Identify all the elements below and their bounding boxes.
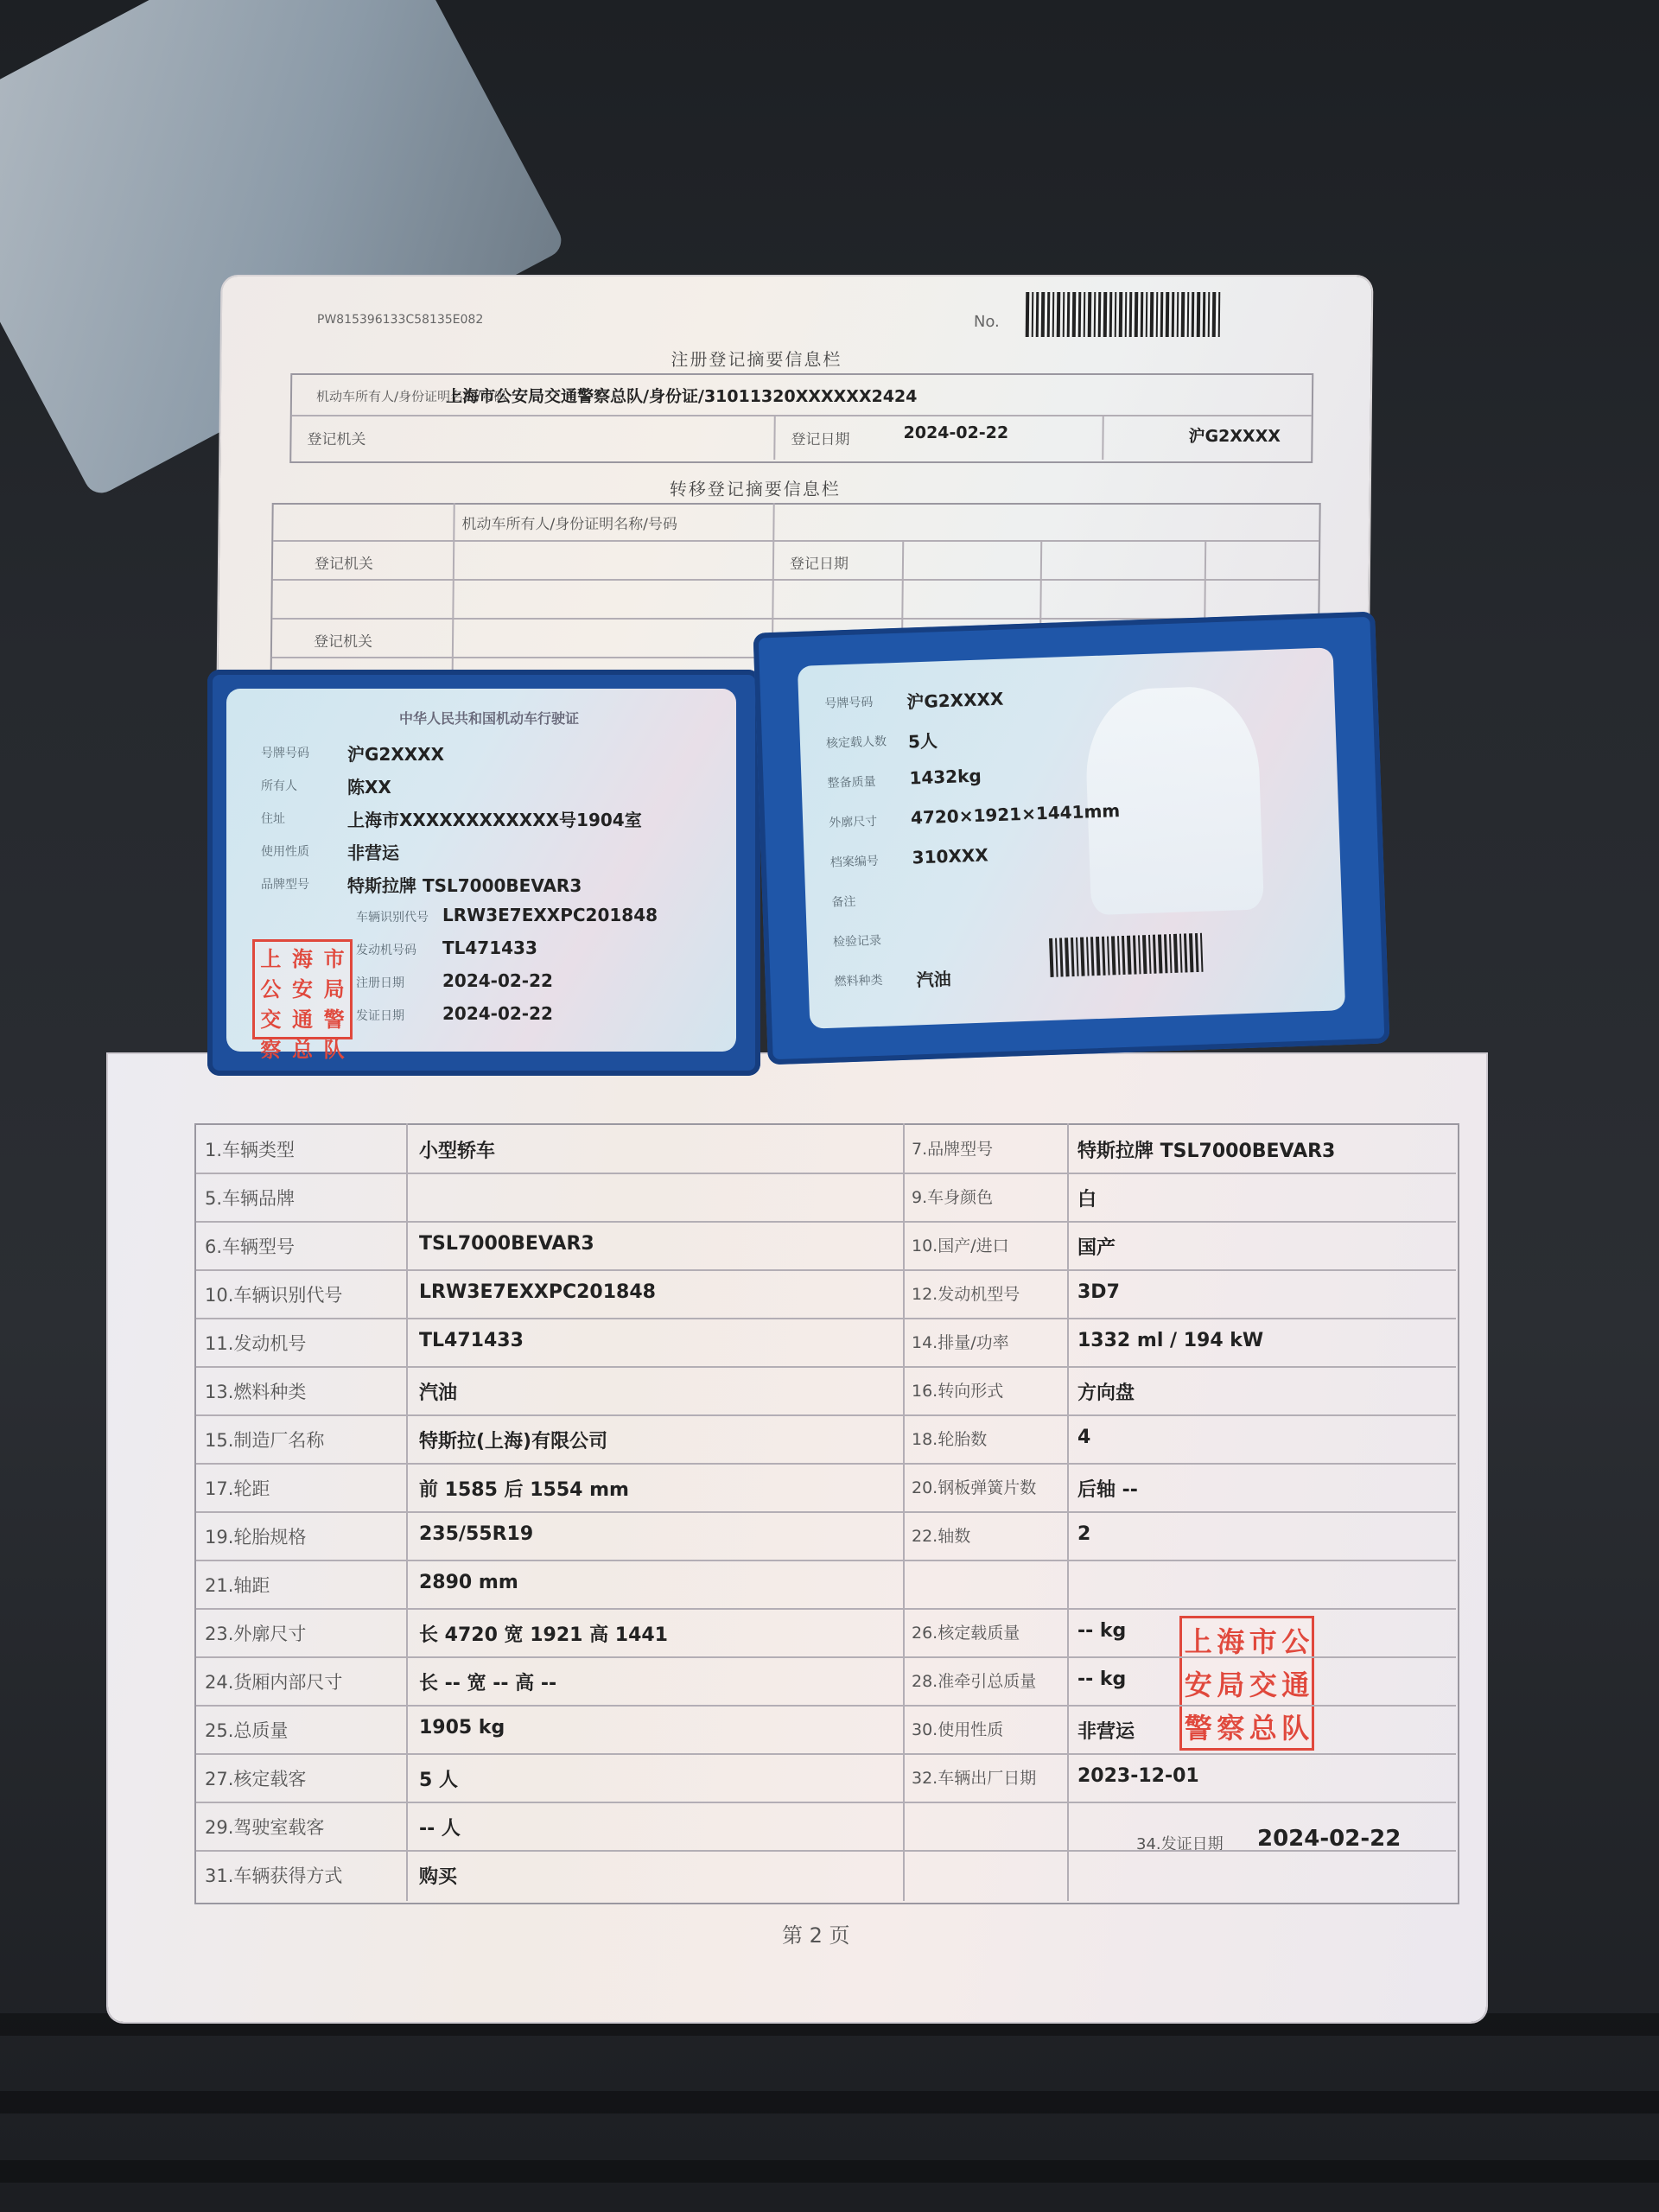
card-field-value: 沪G2XXXX <box>906 685 1004 714</box>
field-value: 长 4720 宽 1921 高 1441 <box>419 1620 668 1647</box>
field-value: 2023-12-01 <box>1077 1765 1199 1787</box>
field-label: 29.驾驶室载客 <box>205 1814 324 1840</box>
field-value: 特斯拉牌 TSL7000BEVAR3 <box>1077 1136 1335 1163</box>
field-label: 9.车身颜色 <box>912 1185 993 1208</box>
card-field-value: 特斯拉牌 TSL7000BEVAR3 <box>347 872 582 897</box>
card-field-label: 号牌号码 <box>261 744 309 761</box>
card-field-label: 检验记录 <box>833 931 882 950</box>
field-label: 16.转向形式 <box>912 1378 1003 1402</box>
license-wallet: 中华人民共和国机动车行驶证 上海市公安局交通警察总队 号牌号码沪G2XXXX所有… <box>207 622 1382 1080</box>
wallet-right-sleeve: 号牌号码沪G2XXXX核定载人数5人整备质量1432kg外廓尺寸4720×192… <box>753 612 1389 1065</box>
card-field-value: LRW3E7EXXPC201848 <box>442 905 658 925</box>
card-field-label: 注册日期 <box>356 974 404 991</box>
issuing-authority-seal: 上海市公安局交通警察总队 <box>1179 1616 1314 1751</box>
card-field-label: 使用性质 <box>261 842 309 860</box>
card-field-label: 号牌号码 <box>824 693 874 712</box>
field-value: 特斯拉(上海)有限公司 <box>419 1427 607 1453</box>
field-label: 7.品牌型号 <box>912 1136 993 1160</box>
card-field-value: 上海市XXXXXXXXXXXX号1904室 <box>347 806 642 831</box>
card-field-label: 整备质量 <box>827 772 876 791</box>
field-value: 后轴 -- <box>1077 1475 1138 1502</box>
vehicle-info-table <box>194 1123 1459 1904</box>
card-field-label: 燃料种类 <box>834 971 883 990</box>
field-value: 1332 ml / 194 kW <box>1077 1330 1263 1351</box>
field-label: 13.燃料种类 <box>205 1378 306 1404</box>
registration-date: 2024-02-22 <box>903 423 1008 442</box>
registration-page-bottom: 上海市公安局交通警察总队 34.发证日期 2024-02-22 第 2 页 1.… <box>108 1054 1486 2022</box>
field-label: 23.外廓尺寸 <box>205 1620 306 1646</box>
license-card-front: 中华人民共和国机动车行驶证 上海市公安局交通警察总队 号牌号码沪G2XXXX所有… <box>226 689 736 1052</box>
card-field-label: 车辆识别代号 <box>356 908 429 925</box>
field-label: 22.轴数 <box>912 1523 970 1547</box>
field-value: 前 1585 后 1554 mm <box>419 1475 629 1502</box>
field-label: 10.国产/进口 <box>912 1233 1009 1256</box>
field-value: LRW3E7EXXPC201848 <box>419 1281 656 1303</box>
card-barcode <box>1049 933 1203 977</box>
seat-stitch <box>0 2091 1659 2113</box>
issue-date: 2024-02-22 <box>1257 1826 1401 1852</box>
field-value: 小型轿车 <box>419 1136 495 1163</box>
card-field-value: 沪G2XXXX <box>347 741 444 766</box>
card-field-value: TL471433 <box>442 938 537 958</box>
card-field-label: 品牌型号 <box>261 875 309 893</box>
field-label: 32.车辆出厂日期 <box>912 1765 1036 1789</box>
field-value: 5 人 <box>419 1765 458 1792</box>
card-field-value: 陈XX <box>347 773 391 798</box>
no-label: No. <box>974 313 1000 331</box>
field-value: 购买 <box>419 1862 457 1889</box>
field-value: -- kg <box>1077 1620 1126 1642</box>
card-field-label: 备注 <box>831 893 856 911</box>
owner-value: 上海市公安局交通警察总队/身份证/31011320XXXXXX2424 <box>446 384 918 407</box>
card-field-label: 档案编号 <box>829 852 879 871</box>
card-field-label: 发动机号码 <box>356 941 416 958</box>
field-value: 方向盘 <box>1077 1378 1135 1405</box>
field-label: 1.车辆类型 <box>205 1136 295 1162</box>
field-value: 2 <box>1077 1523 1090 1545</box>
card-field-value: 2024-02-22 <box>442 970 553 991</box>
license-card-back: 号牌号码沪G2XXXX核定载人数5人整备质量1432kg外廓尺寸4720×192… <box>798 647 1345 1028</box>
card-field-value: 2024-02-22 <box>442 1003 553 1024</box>
wallet-left-sleeve: 中华人民共和国机动车行驶证 上海市公安局交通警察总队 号牌号码沪G2XXXX所有… <box>207 670 760 1076</box>
field-value: 白 <box>1077 1185 1096 1211</box>
field-value: TSL7000BEVAR3 <box>419 1233 594 1255</box>
field-value: -- 人 <box>419 1814 461 1840</box>
card-field-value: 310XXX <box>912 844 988 868</box>
license-seal: 上海市公安局交通警察总队 <box>252 939 353 1039</box>
field-label: 21.轴距 <box>205 1572 270 1598</box>
field-value: 国产 <box>1077 1233 1116 1260</box>
card-field-label: 核定载人数 <box>826 732 887 751</box>
card-field-value: 汽油 <box>916 965 951 991</box>
field-label: 17.轮距 <box>205 1475 270 1501</box>
field-label: 20.钢板弹簧片数 <box>912 1475 1036 1498</box>
field-label: 6.车辆型号 <box>205 1233 295 1259</box>
field-value: 1905 kg <box>419 1717 505 1738</box>
field-label: 14.排量/功率 <box>912 1330 1009 1353</box>
field-label: 28.准牵引总质量 <box>912 1669 1036 1692</box>
field-label: 11.发动机号 <box>205 1330 306 1356</box>
field-label: 26.核定载质量 <box>912 1620 1020 1643</box>
section-title-registration: 注册登记摘要信息栏 <box>671 346 842 371</box>
field-label: 25.总质量 <box>205 1717 288 1743</box>
field-value: 汽油 <box>419 1378 457 1405</box>
serial-number: PW815396133C58135E082 <box>317 313 484 327</box>
page-number: 第 2 页 <box>782 1918 850 1948</box>
card-field-value: 非营运 <box>347 839 399 864</box>
field-value: 3D7 <box>1077 1281 1120 1303</box>
field-label: 27.核定载客 <box>205 1765 306 1791</box>
field-value: 长 -- 宽 -- 高 -- <box>419 1669 556 1695</box>
field-value: 4 <box>1077 1427 1090 1448</box>
seat-stitch <box>0 2160 1659 2183</box>
field-label: 31.车辆获得方式 <box>205 1862 342 1888</box>
card-field-value: 5人 <box>907 727 938 753</box>
card-field-label: 发证日期 <box>356 1007 404 1024</box>
field-label: 10.车辆识别代号 <box>205 1281 342 1307</box>
field-label: 18.轮胎数 <box>912 1427 987 1450</box>
field-value: 2890 mm <box>419 1572 518 1593</box>
field-value: TL471433 <box>419 1330 524 1351</box>
card-field-label: 住址 <box>261 810 285 827</box>
card-field-label: 所有人 <box>261 777 297 794</box>
barcode <box>1026 292 1221 337</box>
field-value: -- kg <box>1077 1669 1126 1690</box>
section-title-transfer: 转移登记摘要信息栏 <box>670 475 841 500</box>
card-field-label: 外廓尺寸 <box>829 812 878 831</box>
field-label: 24.货厢内部尺寸 <box>205 1669 342 1694</box>
field-value: 非营运 <box>1077 1717 1135 1744</box>
field-label: 12.发动机型号 <box>912 1281 1020 1305</box>
field-label: 15.制造厂名称 <box>205 1427 324 1452</box>
field-value: 235/55R19 <box>419 1523 533 1545</box>
field-label: 5.车辆品牌 <box>205 1185 295 1211</box>
card-field-value: 1432kg <box>909 766 982 789</box>
field-label: 30.使用性质 <box>912 1717 1003 1740</box>
plate-number: 沪G2XXXX <box>1188 423 1281 447</box>
field-label: 19.轮胎规格 <box>205 1523 306 1549</box>
